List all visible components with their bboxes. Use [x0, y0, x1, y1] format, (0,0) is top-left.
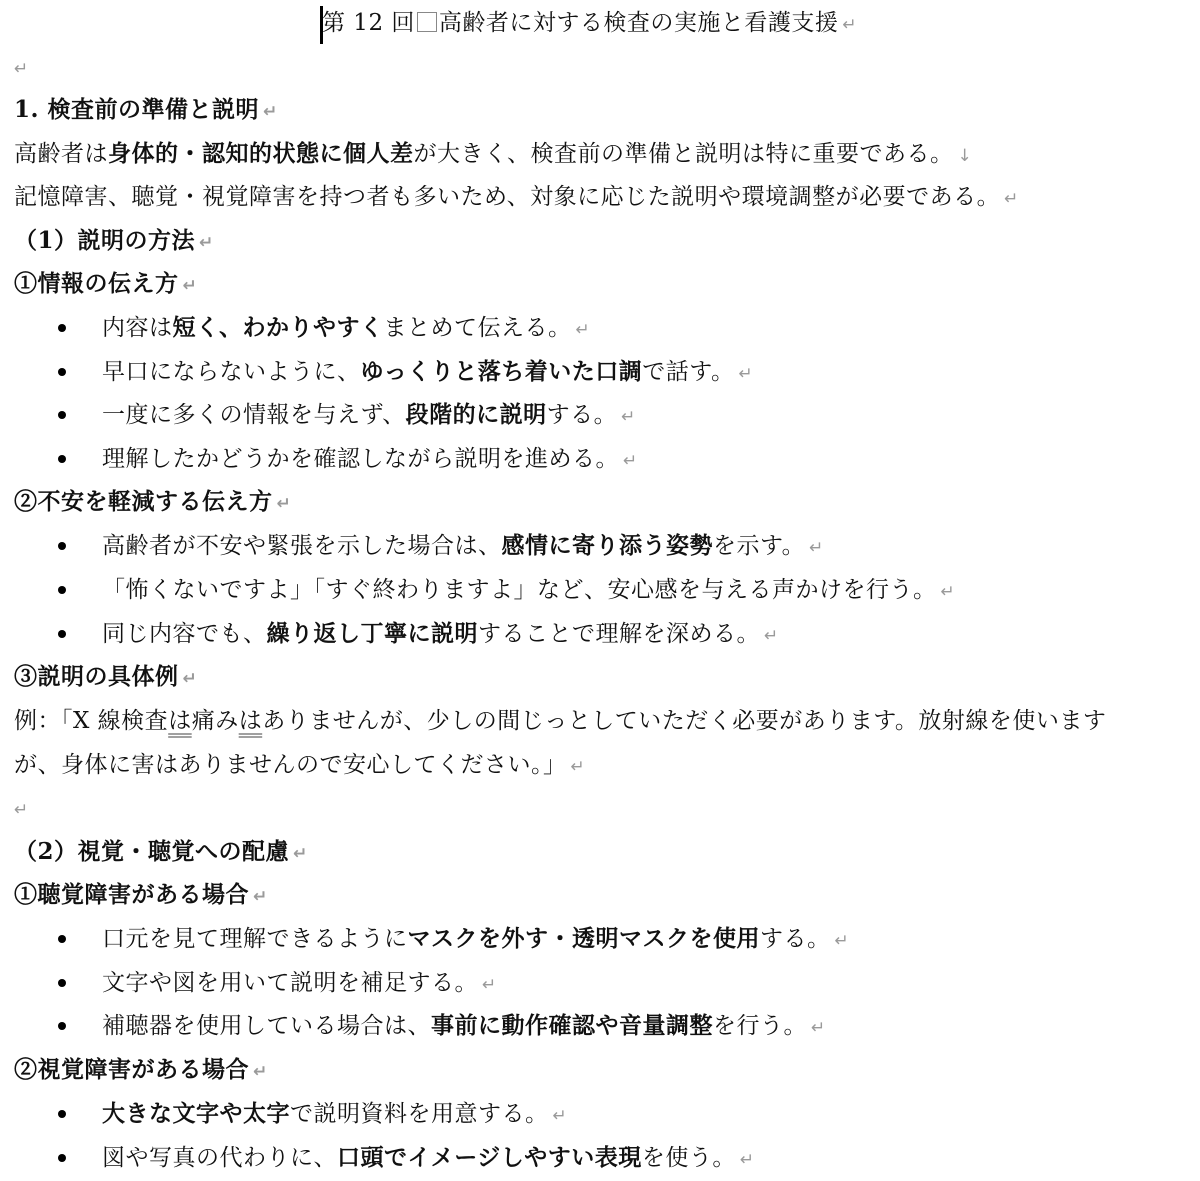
list-item: 補聴器を使用している場合は、事前に動作確認や音量調整を行う。↵: [102, 1011, 826, 1041]
text-run: する。: [760, 926, 831, 952]
text-run: 図や写真の代わりに、: [102, 1145, 337, 1171]
paragraph-mark-icon: ↵: [482, 975, 497, 995]
text-run: が大きく、検査前の準備と説明は特に重要である。: [414, 141, 954, 167]
item-heading-vision: ②視覚障害がある場合↵: [14, 1055, 268, 1085]
text-run: 同じ内容でも、: [102, 621, 267, 647]
heading-text: （1）説明の方法: [14, 227, 195, 254]
text-run: 補聴器を使用している場合は、: [102, 1013, 431, 1039]
text-run: まとめて伝える。: [384, 315, 572, 341]
text-run: 高齢者は: [14, 141, 108, 167]
paragraph-mark-icon: ↵: [253, 887, 268, 907]
subsection-heading-1: （1）説明の方法↵: [14, 226, 214, 256]
bold-text-run: 大きな文字や太字: [102, 1100, 290, 1127]
bold-text-run: マスクを外す・透明マスクを使用: [408, 925, 761, 952]
heading-text: ①聴覚障害がある場合: [14, 881, 249, 908]
example-line-2: が、身体に害はありませんので安心してください。」↵: [14, 750, 585, 780]
paragraph-mark-icon: ↵: [14, 800, 29, 820]
bold-text-run: 段階的に説明: [406, 401, 547, 428]
text-run: する。: [547, 402, 618, 428]
paragraph-mark-icon: ↵: [809, 538, 824, 558]
subsection-heading-2: （2）視覚・聴覚への配慮↵: [14, 837, 308, 867]
text-run: 早口にならないように、: [102, 359, 361, 385]
text-run: を使う。: [642, 1145, 736, 1171]
heading-text: ②視覚障害がある場合: [14, 1056, 249, 1083]
bold-text-run: 身体的・認知的状態に個人差: [108, 140, 414, 167]
text-run: で話す。: [642, 359, 734, 385]
list-item: 理解したかどうかを確認しながら説明を進める。↵: [102, 444, 638, 474]
list-item: 図や写真の代わりに、口頭でイメージしやすい表現を使う。↵: [102, 1143, 755, 1173]
heading-text: （2）視覚・聴覚への配慮: [14, 838, 289, 865]
paragraph-mark-icon: ↵: [811, 1018, 826, 1038]
text-run: 理解したかどうかを確認しながら説明を進める。: [102, 446, 619, 472]
item-heading-hearing: ①聴覚障害がある場合↵: [14, 880, 268, 910]
list-item: 高齢者が不安や緊張を示した場合は、感情に寄り添う姿勢を示す。↵: [102, 531, 824, 561]
paragraph-mark-icon: ↵: [576, 320, 591, 340]
bullet-icon: [58, 542, 66, 550]
text-run: 痛み: [192, 708, 239, 734]
list-item: 文字や図を用いて説明を補足する。↵: [102, 968, 497, 998]
list-item: 内容は短く、わかりやすくまとめて伝える。↵: [102, 313, 590, 343]
bullet-icon: [58, 630, 66, 638]
list-item: 一度に多くの情報を与えず、段階的に説明する。↵: [102, 400, 636, 430]
bold-text-run: 短く、わかりやすく: [173, 314, 384, 341]
heading-text: 1. 検査前の準備と説明: [14, 96, 259, 123]
paragraph-mark-icon: ↵: [740, 1150, 755, 1170]
line-break-mark-icon: ↓: [958, 146, 973, 166]
text-run: 口元を見て理解できるように: [102, 926, 408, 952]
bullet-icon: [58, 411, 66, 419]
paragraph-mark-icon: ↵: [263, 102, 278, 122]
text-run: することで理解を深める。: [478, 621, 760, 647]
paragraph-mark-icon: ↵: [553, 1106, 568, 1126]
bold-text-run: 繰り返し丁寧に説明: [267, 620, 479, 647]
full-width-space-mark: [417, 12, 437, 32]
list-item: 「怖くないですよ」「すぐ終わりますよ」など、安心感を与える声かけを行う。↵: [102, 575, 955, 605]
paragraph-mark-icon: ↵: [571, 757, 586, 777]
paragraph-mark-icon: ↵: [183, 669, 198, 689]
text-run: で説明資料を用意する。: [290, 1101, 549, 1127]
bullet-icon: [58, 1022, 66, 1030]
text-run: 高齢者が不安や緊張を示した場合は、: [102, 533, 502, 559]
heading-text: ①情報の伝え方: [14, 270, 179, 297]
bullet-icon: [58, 1154, 66, 1162]
list-item: 口元を見て理解できるようにマスクを外す・透明マスクを使用する。↵: [102, 924, 849, 954]
grammar-flagged-text[interactable]: は: [239, 708, 263, 734]
text-run: 内容は: [102, 315, 173, 341]
text-run: 文字や図を用いて説明を補足する。: [102, 970, 478, 996]
paragraph-mark-icon: ↵: [621, 407, 636, 427]
list-item: 早口にならないように、ゆっくりと落ち着いた口調で話す。↵: [102, 357, 753, 387]
item-heading-anxiety: ②不安を軽減する伝え方↵: [14, 487, 291, 517]
paragraph-mark-icon: ↵: [277, 494, 292, 514]
text-run: を示す。: [713, 533, 805, 559]
paragraph-mark-icon: ↵: [14, 59, 29, 79]
intro-line-1: 高齢者は身体的・認知的状態に個人差が大きく、検査前の準備と説明は特に重要である。…: [14, 139, 972, 169]
text-run: 一度に多くの情報を与えず、: [102, 402, 406, 428]
paragraph-mark-icon: ↵: [941, 582, 956, 602]
paragraph-mark-icon: ↵: [835, 931, 850, 951]
bold-text-run: ゆっくりと落ち着いた口調: [361, 358, 643, 385]
bullet-icon: [58, 979, 66, 987]
item-heading-info: ①情報の伝え方↵: [14, 269, 197, 299]
text-run: 記憶障害、聴覚・視覚障害を持つ者も多いため、対象に応じた説明や環境調整が必要であ…: [14, 184, 1000, 210]
paragraph-mark-icon: ↵: [183, 276, 198, 296]
paragraph-mark-icon: ↵: [842, 15, 857, 35]
list-item: 大きな文字や太字で説明資料を用意する。↵: [102, 1099, 567, 1129]
bullet-icon: [58, 1110, 66, 1118]
item-heading-example: ③説明の具体例↵: [14, 662, 197, 692]
empty-paragraph: ↵: [14, 52, 29, 82]
paragraph-mark-icon: ↵: [1004, 189, 1019, 209]
paragraph-mark-icon: ↵: [293, 844, 308, 864]
bold-text-run: 感情に寄り添う姿勢: [502, 532, 714, 559]
text-run: が、身体に害はありませんので安心してください。」: [14, 752, 567, 778]
bullet-icon: [58, 368, 66, 376]
paragraph-mark-icon: ↵: [764, 626, 779, 646]
document-title: 第 12 回高齢者に対する検査の実施と看護支援↵: [322, 8, 857, 38]
bullet-icon: [58, 935, 66, 943]
bullet-icon: [58, 324, 66, 332]
title-text: 高齢者に対する検査の実施と看護支援: [439, 10, 839, 36]
text-run: ありませんが、少しの間じっとしていただく必要があります。放射線を使います: [262, 708, 1106, 734]
intro-line-2: 記憶障害、聴覚・視覚障害を持つ者も多いため、対象に応じた説明や環境調整が必要であ…: [14, 182, 1019, 212]
bold-text-run: 事前に動作確認や音量調整: [431, 1012, 713, 1039]
heading-text: ③説明の具体例: [14, 663, 179, 690]
title-prefix: 第 12 回: [322, 10, 415, 36]
bullet-icon: [58, 455, 66, 463]
list-item: 同じ内容でも、繰り返し丁寧に説明することで理解を深める。↵: [102, 619, 779, 649]
text-run: を行う。: [713, 1013, 807, 1039]
bullet-icon: [58, 586, 66, 594]
paragraph-mark-icon: ↵: [199, 233, 214, 253]
section-heading-1: 1. 検査前の準備と説明↵: [14, 95, 278, 125]
paragraph-mark-icon: ↵: [253, 1062, 268, 1082]
paragraph-mark-icon: ↵: [623, 451, 638, 471]
empty-paragraph: ↵: [14, 793, 29, 823]
grammar-flagged-text[interactable]: は: [168, 708, 192, 734]
paragraph-mark-icon: ↵: [738, 364, 753, 384]
text-run: 「怖くないですよ」「すぐ終わりますよ」など、安心感を与える声かけを行う。: [102, 577, 937, 603]
text-run: 例：「X 線検査: [14, 708, 168, 734]
bold-text-run: 口頭でイメージしやすい表現: [337, 1144, 642, 1171]
example-line-1: 例：「X 線検査は痛みはありませんが、少しの間じっとしていただく必要があります。…: [14, 706, 1106, 736]
heading-text: ②不安を軽減する伝え方: [14, 488, 273, 515]
